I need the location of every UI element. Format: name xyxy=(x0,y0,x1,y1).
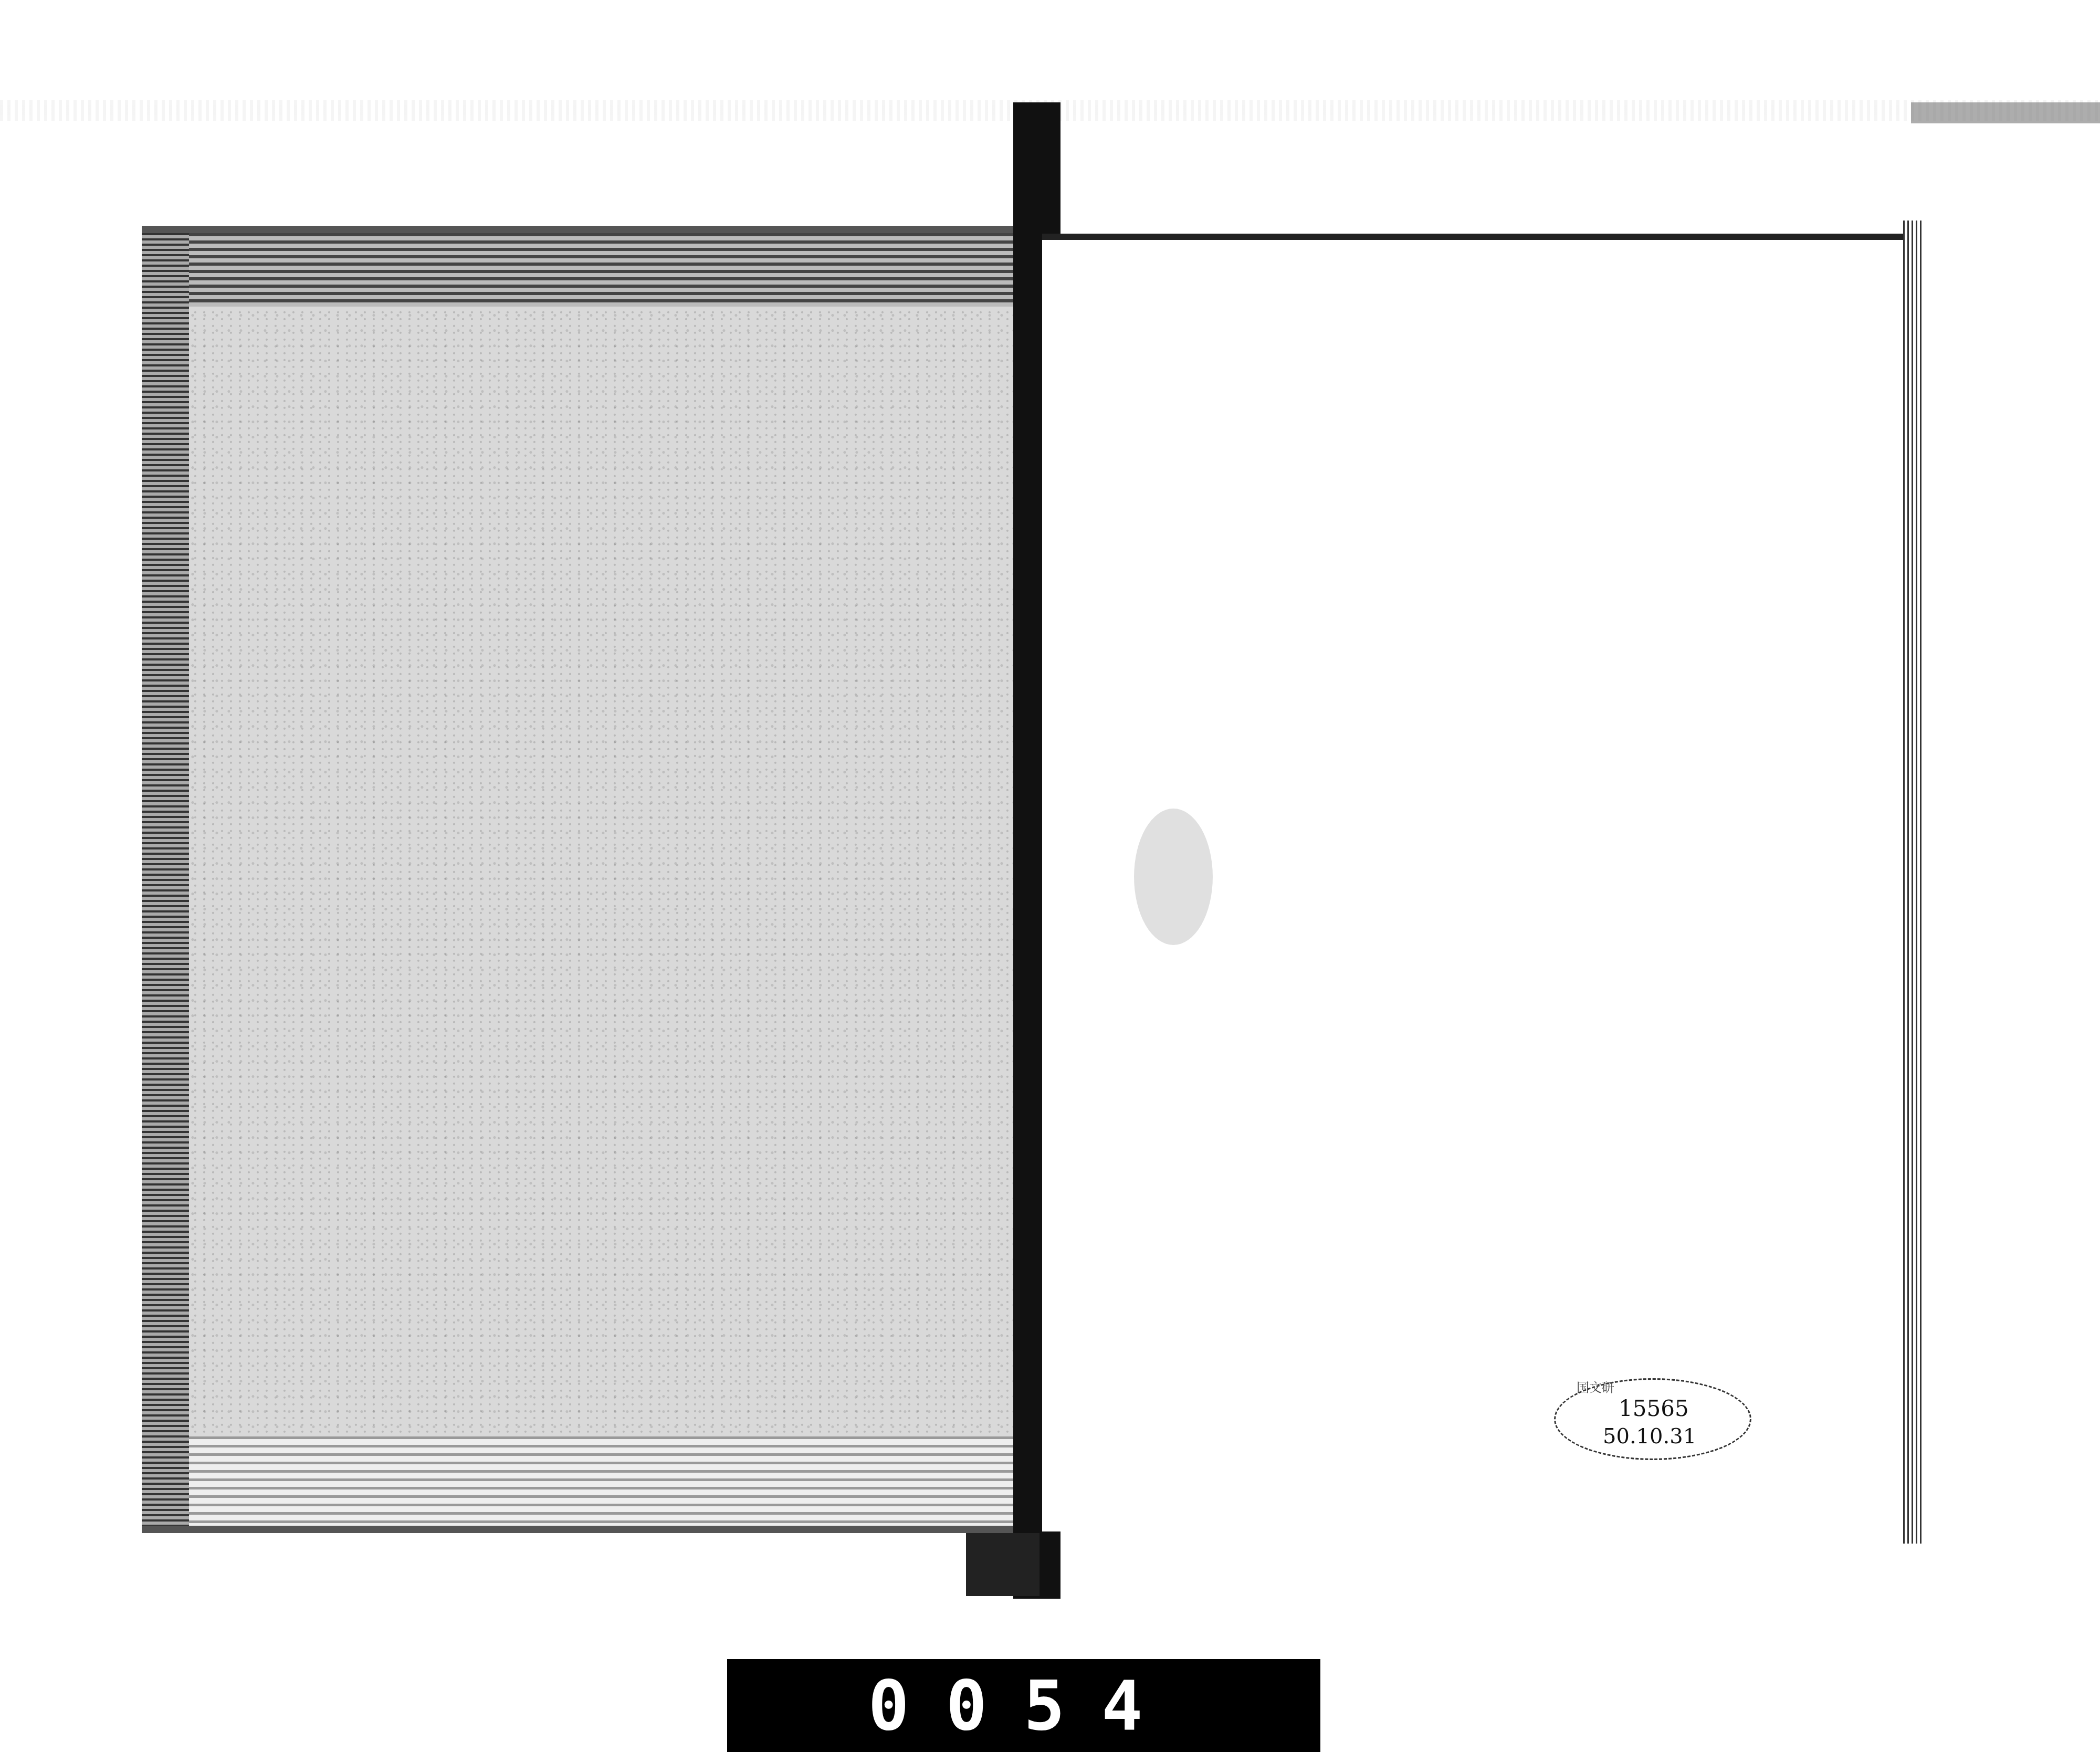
page-edges xyxy=(1903,221,1924,1544)
frame-number: 0054 xyxy=(727,1659,1320,1752)
page-stain xyxy=(1134,809,1213,945)
library-accession-stamp: 国文研 15565 50.10.31 xyxy=(1554,1378,1751,1460)
stamp-accession-number: 15565 xyxy=(1619,1396,1689,1421)
gutter-shadow xyxy=(966,1533,1039,1596)
stamp-date: 50.10.31 xyxy=(1603,1424,1696,1449)
book-cover xyxy=(142,226,1034,1533)
cover-top-band xyxy=(189,233,1027,307)
cover-bottom-band xyxy=(189,1436,1027,1526)
cover-spine-edge xyxy=(142,233,189,1526)
scan-edge-smudge xyxy=(1911,102,2100,123)
stamp-institution: 国文研 xyxy=(1577,1377,1614,1396)
